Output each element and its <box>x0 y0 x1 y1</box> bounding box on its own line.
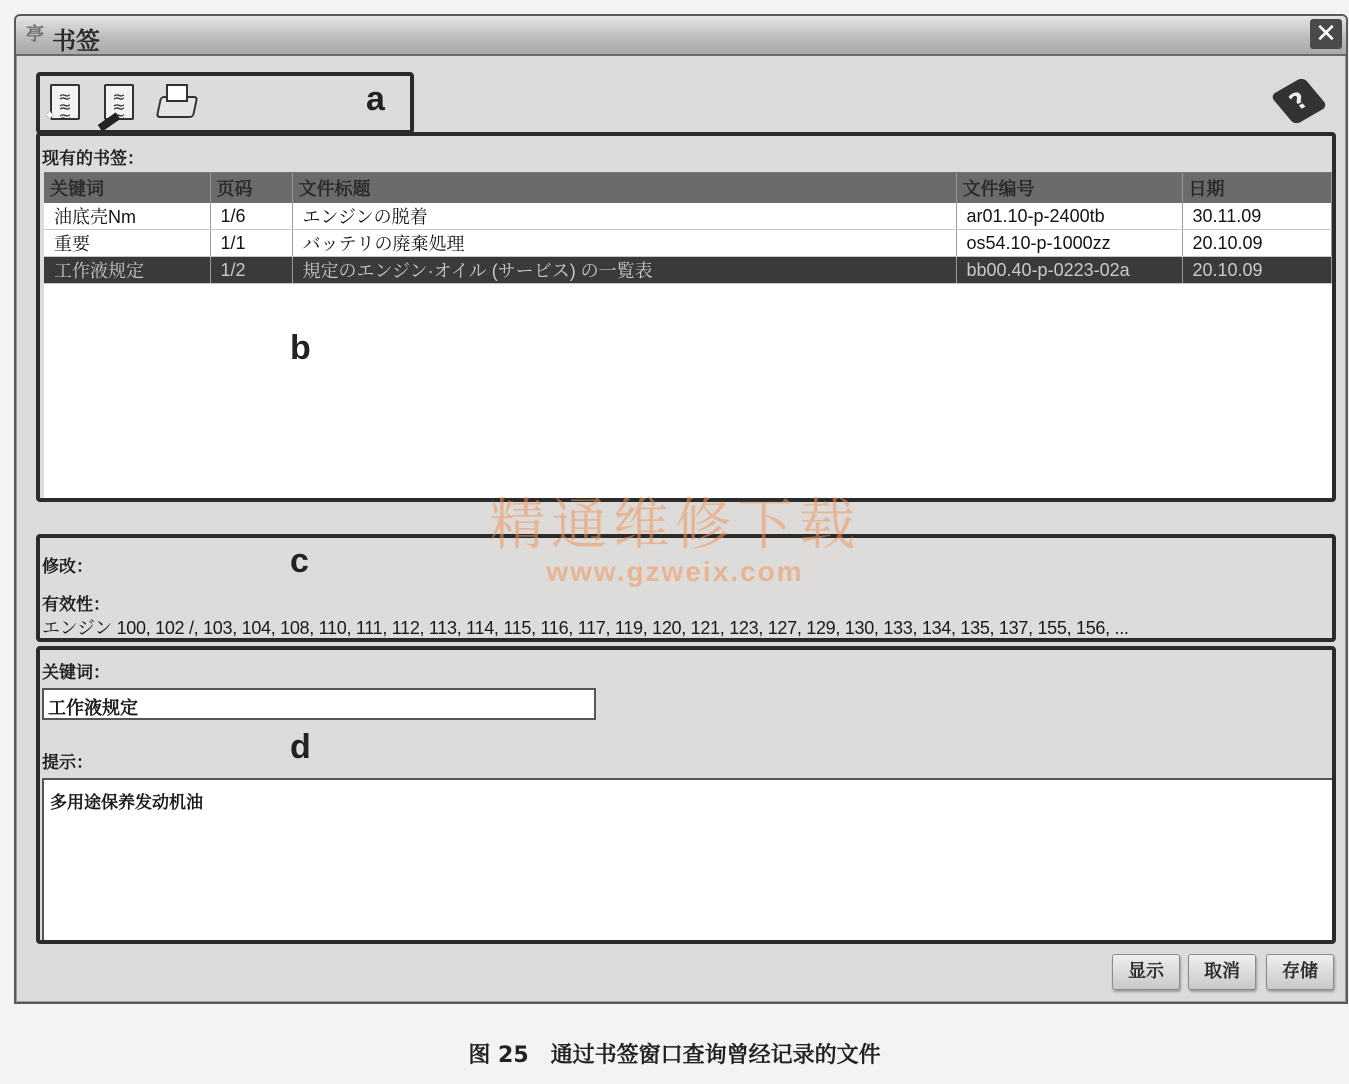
cell-doc-number: ar01.10-p-2400tb <box>956 203 1182 230</box>
cell-title: 規定のエンジン·オイル (サービス) の一覧表 <box>292 257 956 284</box>
bookmarks-panel: 现有的书签： 关键词 页码 文件标题 文件编号 日期 <box>36 132 1336 502</box>
cell-page: 1/1 <box>210 230 292 257</box>
sparkle-icon: ✦ <box>44 108 56 124</box>
bookmark-app-icon: 亭 <box>26 25 46 45</box>
section-letter-d: d <box>290 728 311 767</box>
close-icon: ✕ <box>1315 19 1337 49</box>
table-row[interactable]: 油底壳Nm 1/6 エンジンの脱着 ar01.10-p-2400tb 30.11… <box>44 203 1332 230</box>
bookmarks-table: 关键词 页码 文件标题 文件编号 日期 油底壳Nm 1/6 エンジンの脱着 ar <box>44 173 1332 284</box>
section-letter-c: c <box>290 542 309 581</box>
bookmarks-table-container[interactable]: 关键词 页码 文件标题 文件编号 日期 油底壳Nm 1/6 エンジンの脱着 ar <box>44 172 1332 498</box>
table-row-selected[interactable]: 工作液规定 1/2 規定のエンジン·オイル (サービス) の一覧表 bb00.4… <box>44 257 1332 284</box>
column-header-page[interactable]: 页码 <box>210 173 292 203</box>
section-letter-b: b <box>290 329 311 368</box>
cell-date: 20.10.09 <box>1182 257 1332 284</box>
edit-bookmark-icon: ≈≈≈ <box>104 84 134 120</box>
column-header-title[interactable]: 文件标题 <box>292 173 956 203</box>
new-bookmark-button[interactable]: ≈≈≈ ✦ <box>44 82 88 124</box>
modified-label: 修改： <box>42 552 93 577</box>
question-mark-icon: ? <box>1284 87 1314 116</box>
details-panel: 修改： c 有效性： エンジン 100, 102 /, 103, 104, 10… <box>36 534 1336 642</box>
cell-page: 1/2 <box>210 257 292 284</box>
keyword-label: 关键词： <box>42 658 110 683</box>
cell-title: エンジンの脱着 <box>292 203 956 230</box>
cell-date: 30.11.09 <box>1182 203 1332 230</box>
validity-label: 有效性： <box>42 590 110 615</box>
cell-doc-number: os54.10-p-1000zz <box>956 230 1182 257</box>
cell-page: 1/6 <box>210 203 292 230</box>
title-bar[interactable]: 亭 书签 ✕ <box>16 16 1346 56</box>
validity-value: エンジン 100, 102 /, 103, 104, 108, 110, 111… <box>42 614 1129 640</box>
help-book-icon[interactable]: ? <box>1270 77 1328 126</box>
figure-caption: 图 25 通过书签窗口查询曾经记录的文件 <box>0 1038 1349 1069</box>
column-header-date[interactable]: 日期 <box>1182 173 1332 203</box>
edit-bookmark-button[interactable]: ≈≈≈ <box>98 82 142 124</box>
keyword-input[interactable]: 工作液规定 <box>42 688 596 720</box>
toolbar-panel: ≈≈≈ ✦ ≈≈≈ a <box>36 72 414 134</box>
cell-date: 20.10.09 <box>1182 230 1332 257</box>
table-row[interactable]: 重要 1/1 バッテリの廃棄処理 os54.10-p-1000zz 20.10.… <box>44 230 1332 257</box>
save-button[interactable]: 存储 <box>1266 954 1334 990</box>
printer-paper-icon <box>166 84 188 102</box>
hint-label: 提示： <box>42 748 93 773</box>
hint-textarea[interactable]: 多用途保养发动机油 <box>42 778 1332 940</box>
bookmark-window: 亭 书签 ✕ ≈≈≈ ✦ ≈≈≈ a ? 现有的书签： <box>14 14 1348 1004</box>
window-title: 书签 <box>52 21 100 56</box>
cell-keyword: 油底壳Nm <box>44 203 210 230</box>
edit-panel: 关键词： 工作液规定 提示： d 多用途保养发动机油 <box>36 646 1336 944</box>
cancel-button[interactable]: 取消 <box>1188 954 1256 990</box>
cell-keyword: 工作液规定 <box>44 257 210 284</box>
section-letter-a: a <box>366 80 385 119</box>
cell-title: バッテリの廃棄処理 <box>292 230 956 257</box>
cell-doc-number: bb00.40-p-0223-02a <box>956 257 1182 284</box>
cell-keyword: 重要 <box>44 230 210 257</box>
existing-bookmarks-label: 现有的书签： <box>42 144 144 169</box>
show-button[interactable]: 显示 <box>1112 954 1180 990</box>
window-content: ≈≈≈ ✦ ≈≈≈ a ? 现有的书签： <box>22 58 1340 996</box>
close-button[interactable]: ✕ <box>1310 19 1342 49</box>
column-header-doc-number[interactable]: 文件编号 <box>956 173 1182 203</box>
table-header-row: 关键词 页码 文件标题 文件编号 日期 <box>44 173 1332 203</box>
print-button[interactable] <box>152 82 196 124</box>
column-header-keyword[interactable]: 关键词 <box>44 173 210 203</box>
